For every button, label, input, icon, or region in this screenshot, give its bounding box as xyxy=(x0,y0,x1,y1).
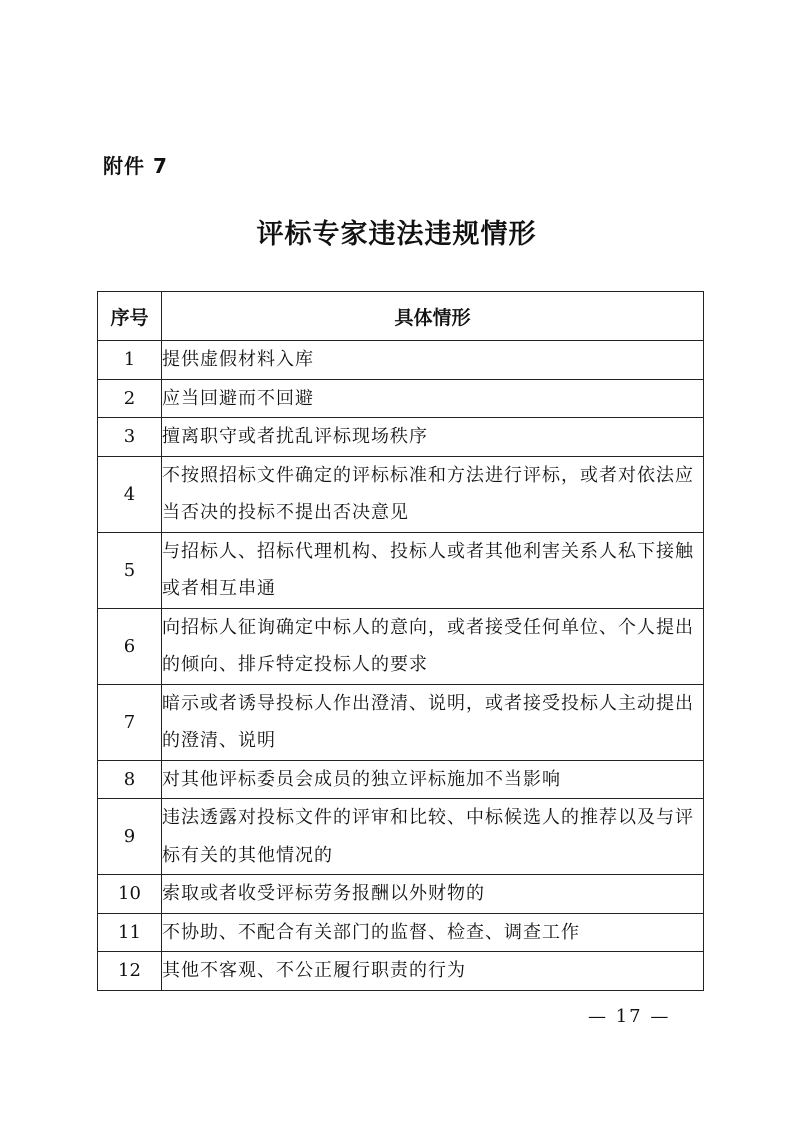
row-description: 与招标人、招标代理机构、投标人或者其他利害关系人私下接触或者相互串通 xyxy=(162,532,704,608)
table-header-row: 序号 具体情形 xyxy=(98,292,704,341)
page-number: — 17 — xyxy=(588,1006,670,1027)
table-row: 9 违法透露对投标文件的评审和比较、中标候选人的推荐以及与评标有关的其他情况的 xyxy=(98,799,704,875)
row-description: 向招标人征询确定中标人的意向，或者接受任何单位、个人提出的倾向、排斥特定投标人的… xyxy=(162,608,704,684)
table-row: 4 不按照招标文件确定的评标标准和方法进行评标，或者对依法应当否决的投标不提出否… xyxy=(98,456,704,532)
row-number: 4 xyxy=(98,456,162,532)
row-number: 7 xyxy=(98,684,162,760)
row-description: 暗示或者诱导投标人作出澄清、说明，或者接受投标人主动提出的澄清、说明 xyxy=(162,684,704,760)
violations-table: 序号 具体情形 1 提供虚假材料入库 2 应当回避而不回避 3 擅离职守或者扰乱… xyxy=(97,291,704,991)
table-row: 10 索取或者收受评标劳务报酬以外财物的 xyxy=(98,875,704,914)
table-row: 2 应当回避而不回避 xyxy=(98,379,704,418)
table-row: 6 向招标人征询确定中标人的意向，或者接受任何单位、个人提出的倾向、排斥特定投标… xyxy=(98,608,704,684)
table-row: 5 与招标人、招标代理机构、投标人或者其他利害关系人私下接触或者相互串通 xyxy=(98,532,704,608)
row-description: 擅离职守或者扰乱评标现场秩序 xyxy=(162,418,704,457)
row-description: 其他不客观、不公正履行职责的行为 xyxy=(162,952,704,991)
attachment-label: 附件 7 xyxy=(103,150,168,179)
row-number: 10 xyxy=(98,875,162,914)
row-description: 违法透露对投标文件的评审和比较、中标候选人的推荐以及与评标有关的其他情况的 xyxy=(162,799,704,875)
row-number: 8 xyxy=(98,760,162,799)
table-row: 8 对其他评标委员会成员的独立评标施加不当影响 xyxy=(98,760,704,799)
row-number: 2 xyxy=(98,379,162,418)
row-description: 对其他评标委员会成员的独立评标施加不当影响 xyxy=(162,760,704,799)
row-description: 不协助、不配合有关部门的监督、检查、调查工作 xyxy=(162,913,704,952)
table-row: 3 擅离职守或者扰乱评标现场秩序 xyxy=(98,418,704,457)
row-number: 3 xyxy=(98,418,162,457)
row-number: 9 xyxy=(98,799,162,875)
header-number: 序号 xyxy=(98,292,162,341)
row-description: 不按照招标文件确定的评标标准和方法进行评标，或者对依法应当否决的投标不提出否决意… xyxy=(162,456,704,532)
table-row: 11 不协助、不配合有关部门的监督、检查、调查工作 xyxy=(98,913,704,952)
header-description: 具体情形 xyxy=(162,292,704,341)
table-row: 1 提供虚假材料入库 xyxy=(98,341,704,380)
row-number: 11 xyxy=(98,913,162,952)
row-description: 索取或者收受评标劳务报酬以外财物的 xyxy=(162,875,704,914)
row-number: 12 xyxy=(98,952,162,991)
row-description: 应当回避而不回避 xyxy=(162,379,704,418)
table-row: 12 其他不客观、不公正履行职责的行为 xyxy=(98,952,704,991)
row-number: 5 xyxy=(98,532,162,608)
row-number: 1 xyxy=(98,341,162,380)
row-description: 提供虚假材料入库 xyxy=(162,341,704,380)
row-number: 6 xyxy=(98,608,162,684)
document-title-text: 评标专家违法违规情形 xyxy=(257,212,537,251)
table-row: 7 暗示或者诱导投标人作出澄清、说明，或者接受投标人主动提出的澄清、说明 xyxy=(98,684,704,760)
document-title: 评标专家违法违规情形 xyxy=(0,212,793,251)
